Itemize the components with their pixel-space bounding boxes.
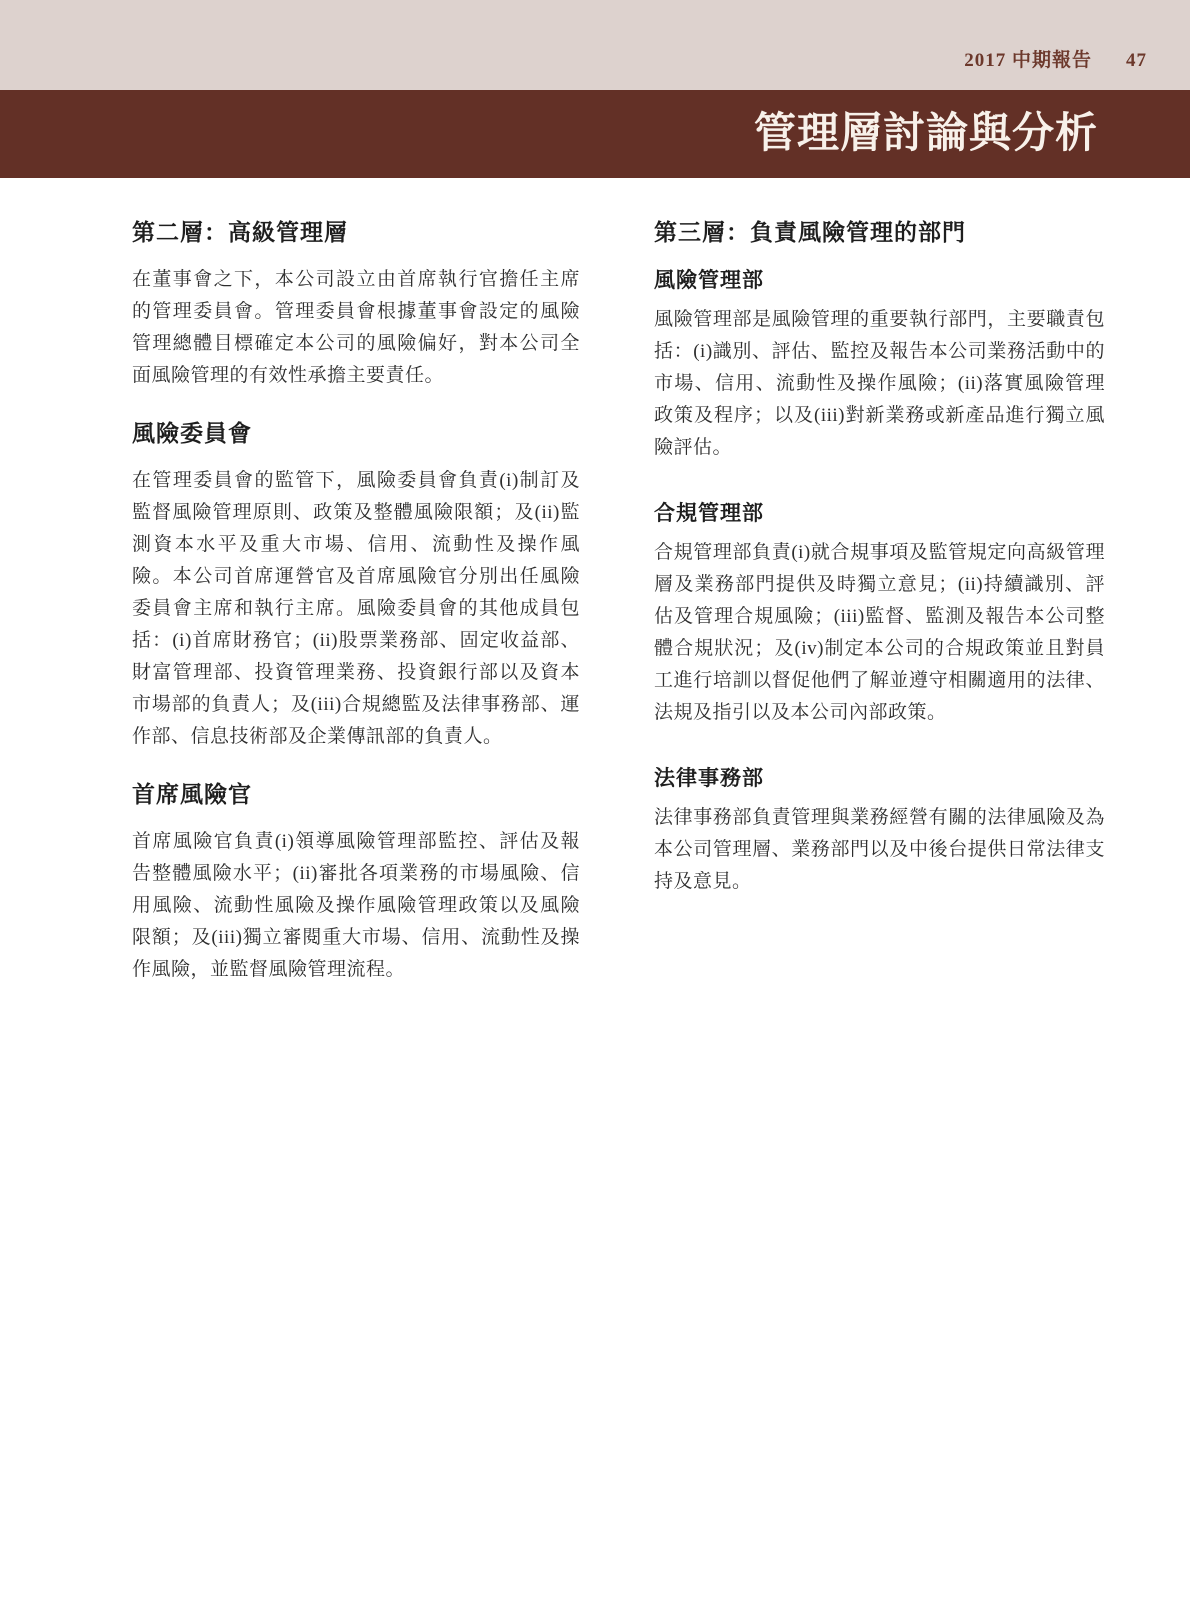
subsection-heading-compliance-dept: 合規管理部 [654,500,1105,526]
section-heading-tier2: 第二層：高級管理層 [132,219,580,247]
section-heading-tier3: 第三層：負責風險管理的部門 [654,219,1105,247]
subsection-heading-legal-dept: 法律事務部 [654,765,1105,791]
title-banner: 管理層討論與分析 [0,90,1190,178]
section-paragraph: 在管理委員會的監管下，風險委員會負責(i)制訂及監督風險管理原則、政策及整體風險… [132,465,580,753]
subsection-heading-risk-management-dept: 風險管理部 [654,267,1105,293]
section-paragraph: 法律事務部負責管理與業務經營有關的法律風險及為本公司管理層、業務部門以及中後台提… [654,802,1105,898]
report-title-label: 2017 中期報告 [964,51,1092,71]
page-number: 47 [1126,51,1147,71]
left-column: 第二層：高級管理層 在董事會之下，本公司設立由首席執行官擔任主席的管理委員會。管… [132,219,580,986]
section-paragraph: 合規管理部負責(i)就合規事項及監管規定向高級管理層及業務部門提供及時獨立意見；… [654,537,1105,729]
running-head: 2017 中期報告 47 [964,51,1147,71]
section-paragraph: 風險管理部是風險管理的重要執行部門，主要職責包括：(i)識別、評估、監控及報告本… [654,304,1105,464]
banner-title: 管理層討論與分析 [754,90,1098,178]
section-paragraph: 首席風險官負責(i)領導風險管理部監控、評估及報告整體風險水平；(ii)審批各項… [132,826,580,986]
section-heading-chief-risk-officer: 首席風險官 [132,781,580,809]
report-page: 2017 中期報告 47 管理層討論與分析 第二層：高級管理層 在董事會之下，本… [0,0,1190,1615]
section-heading-risk-committee: 風險委員會 [132,420,580,448]
header-band: 2017 中期報告 47 [0,0,1190,90]
section-paragraph: 在董事會之下，本公司設立由首席執行官擔任主席的管理委員會。管理委員會根據董事會設… [132,264,580,392]
right-column: 第三層：負責風險管理的部門 風險管理部 風險管理部是風險管理的重要執行部門，主要… [654,219,1105,898]
